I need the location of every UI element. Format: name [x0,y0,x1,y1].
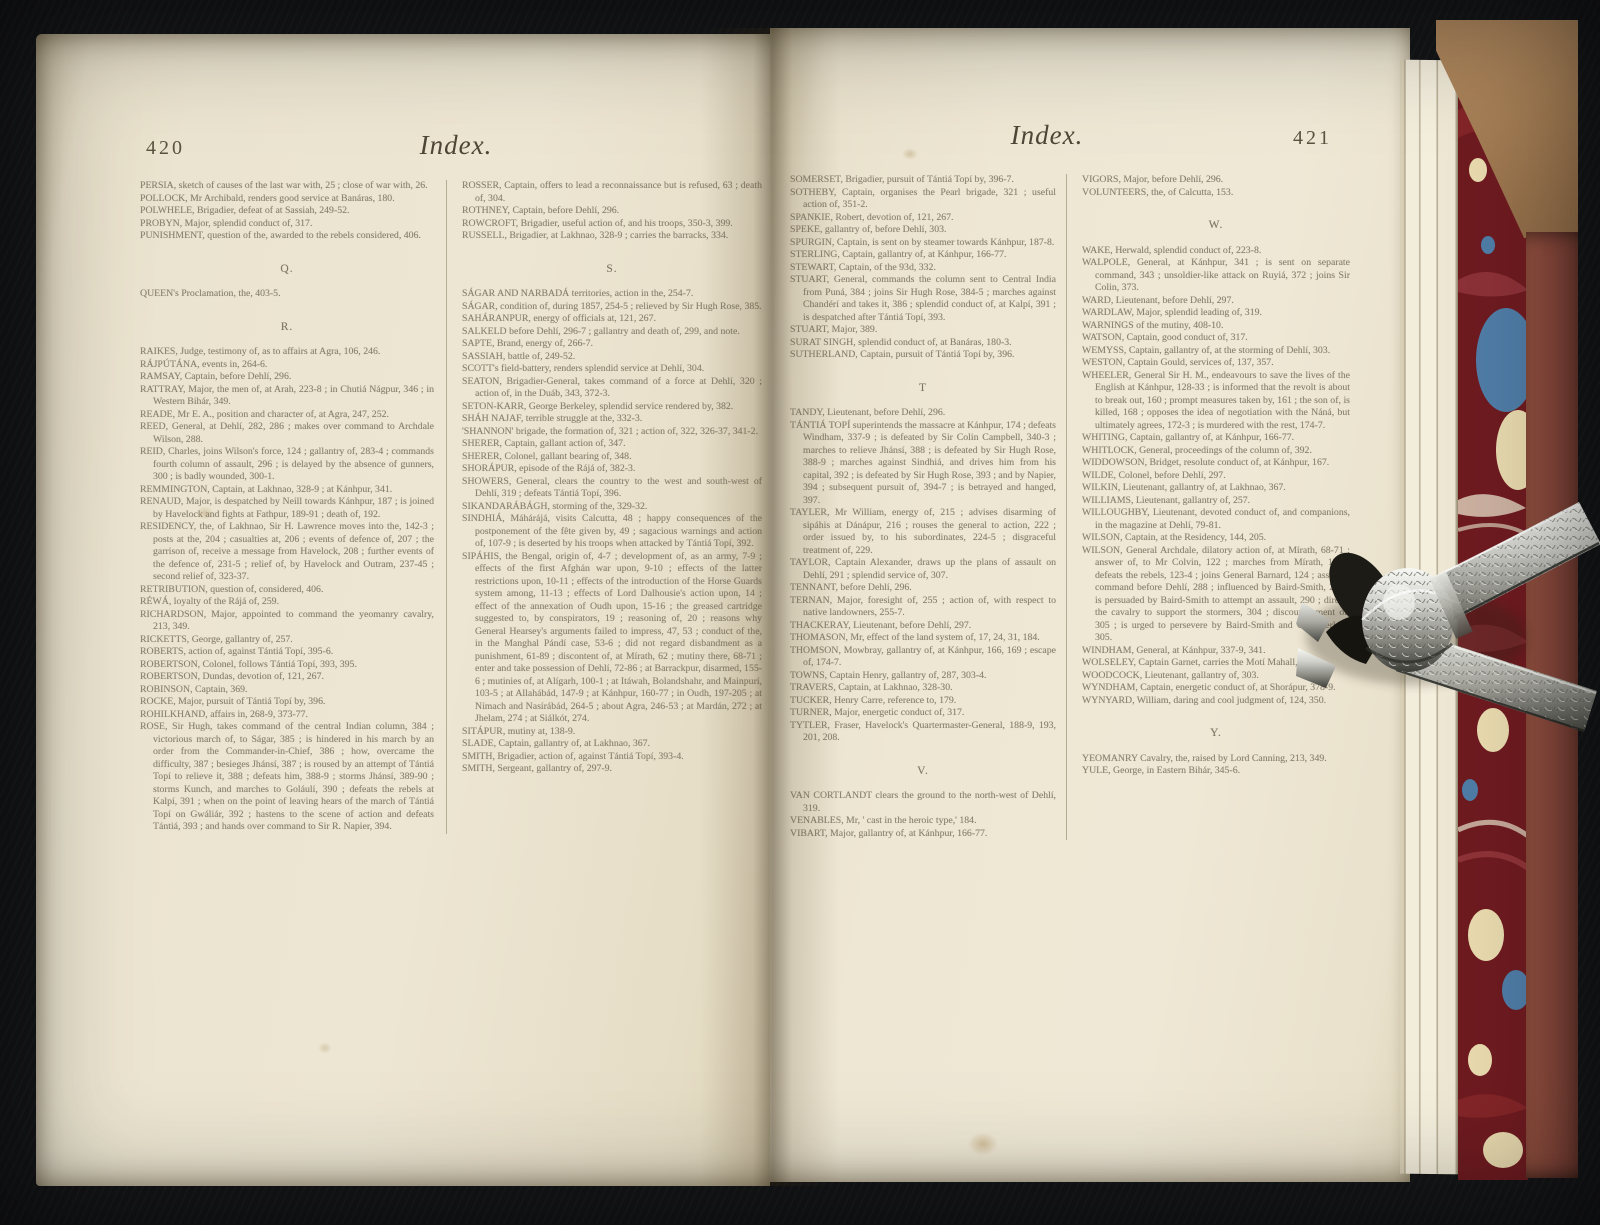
section-heading: S. [462,263,762,276]
index-entry: REED, General, at Dehlí, 282, 286 ; make… [140,421,434,446]
index-entry: SCOTT's field-battery, renders splendid … [462,363,762,376]
index-entry: REMMINGTON, Captain, at Lakhnao, 328-9 ;… [140,484,434,497]
index-entry: SHÁH NAJAF, terrible struggle at the, 33… [462,413,762,426]
index-entry: WARNINGS of the mutiny, 408-10. [1082,320,1350,333]
index-entry: RETRIBUTION, question of, considered, 40… [140,584,434,597]
index-entry: SIKANDARÁBÁGH, storming of the, 329-32. [462,501,762,514]
index-entry: RATTRAY, Major, the men of, at Arah, 223… [140,384,434,409]
index-entry: ROSE, Sir Hugh, takes command of the cen… [140,721,434,834]
index-entry: TURNER, Major, energetic conduct of, 317… [790,707,1056,720]
index-entry: PROBYN, Major, splendid conduct of, 317. [140,218,434,231]
index-entry: SOMERSET, Brigadier, pursuit of Tántiá T… [790,174,1056,187]
index-entry: TÁNTIÁ TOPÍ superintends the massacre at… [790,420,1056,508]
index-entry: WALPOLE, General, at Kánhpur, 341 ; is s… [1082,257,1350,295]
index-entry: STUART, General, commands the column sen… [790,274,1056,324]
index-entry: RESIDENCY, the, of Lakhnao, Sir H. Lawre… [140,521,434,584]
section-heading: V. [790,765,1056,778]
index-entry: SAHÁRANPUR, energy of officials at, 121,… [462,313,762,326]
book-clasp [1296,452,1600,752]
index-entry: SEATON, Brigadier-General, takes command… [462,376,762,401]
index-entry: POLWHELE, Brigadier, defeat of at Sassia… [140,205,434,218]
index-entry: VENABLES, Mr, ' cast in the heroic type,… [790,815,1056,828]
index-entry: TAYLER, Mr William, energy of, 215 ; adv… [790,507,1056,557]
index-entry: SETON-KARR, George Berkeley, splendid se… [462,401,762,414]
index-entry: SINDHIÁ, Máhárájá, visits Calcutta, 48 ;… [462,513,762,551]
index-entry: WAKE, Herwald, splendid conduct of, 223-… [1082,245,1350,258]
section-heading: R. [140,321,434,334]
index-entry: REID, Charles, joins Wilson's force, 124… [140,446,434,484]
index-entry: TERNAN, Major, foresight of, 255 ; actio… [790,595,1056,620]
index-entry: WHITING, Captain, gallantry of, at Kánhp… [1082,432,1350,445]
index-entry: SÁGAR AND NARBADÁ territories, action in… [462,288,762,301]
index-entry: POLLOCK, Mr Archibald, renders good serv… [140,193,434,206]
left-page-columns: PERSIA, sketch of causes of the last war… [140,180,762,834]
index-entry: RAMSAY, Captain, before Dehlí, 296. [140,371,434,384]
index-entry: VIGORS, Major, before Dehlí, 296. [1082,174,1350,187]
index-entry: SALKELD before Dehlí, 296-7 ; gallantry … [462,326,762,339]
index-entry: SHERER, Colonel, gallant bearing of, 348… [462,451,762,464]
index-entry: RUSSELL, Brigadier, at Lakhnao, 328-9 ; … [462,230,762,243]
index-entry: SÁGAR, condition of, during 1857, 254-5 … [462,301,762,314]
index-entry: SHORÁPUR, episode of the Rájá of, 382-3. [462,463,762,476]
running-head-left: Index. [232,130,750,161]
index-entry: ROBERTSON, Colonel, follows Tántiá Topí,… [140,659,434,672]
index-entry: RENAUD, Major, is despatched by Neill to… [140,496,434,521]
page-number-420: 420 [146,137,232,160]
right-page-header: Index. 421 [830,120,1332,151]
index-entry: TANDY, Lieutenant, before Dehlí, 296. [790,407,1056,420]
index-entry: WHEELER, General Sir H. M., endeavours t… [1082,370,1350,433]
index-entry: ROTHNEY, Captain, before Dehlí, 296. [462,205,762,218]
index-entry: TUCKER, Henry Carre, reference to, 179. [790,695,1056,708]
left-page-header: 420 Index. [146,130,750,161]
index-entry: STEWART, Captain, of the 93d, 332. [790,262,1056,275]
index-entry: TYTLER, Fraser, Havelock's Quartermaster… [790,720,1056,745]
index-entry: TENNANT, before Dehlí, 296. [790,582,1056,595]
index-entry: ROHILKHAND, affairs in, 268-9, 373-77. [140,709,434,722]
index-entry: SITÁPUR, mutiny at, 138-9. [462,726,762,739]
index-entry: PERSIA, sketch of causes of the last war… [140,180,434,193]
index-column-1: PERSIA, sketch of causes of the last war… [140,180,434,834]
index-entry: YEOMANRY Cavalry, the, raised by Lord Ca… [1082,753,1350,766]
index-entry: VIBART, Major, gallantry of, at Kánhpur,… [790,828,1056,841]
index-column-3: SOMERSET, Brigadier, pursuit of Tántiá T… [790,174,1056,840]
index-entry: RICHARDSON, Major, appointed to command … [140,609,434,634]
index-entry: VOLUNTEERS, the, of Calcutta, 153. [1082,187,1350,200]
index-entry: SIPÁHIS, the Bengal, origin of, 4-7 ; de… [462,551,762,726]
index-entry: WATSON, Captain, good conduct of, 317. [1082,332,1350,345]
index-entry: WARDLAW, Major, splendid leading of, 319… [1082,307,1350,320]
index-entry: SPEKE, gallantry of, before Dehlí, 303. [790,224,1056,237]
section-heading: T [790,382,1056,395]
index-entry: THACKERAY, Lieutenant, before Dehlí, 297… [790,620,1056,633]
index-entry: ROSSER, Captain, offers to lead a reconn… [462,180,762,205]
running-head-right: Index. [830,120,1260,151]
index-entry: SURAT SINGH, splendid conduct of, at Ban… [790,337,1056,350]
photo-background: 420 Index. PERSIA, sketch of causes of t… [0,0,1600,1225]
index-entry: YULE, George, in Eastern Bihár, 345-6. [1082,765,1350,778]
index-entry: TOWNS, Captain Henry, gallantry of, 287,… [790,670,1056,683]
index-entry: SLADE, Captain, gallantry of, at Lakhnao… [462,738,762,751]
index-entry: VAN CORTLANDT clears the ground to the n… [790,790,1056,815]
index-entry: ROBINSON, Captain, 369. [140,684,434,697]
index-entry: RICKETTS, George, gallantry of, 257. [140,634,434,647]
index-entry: SAPTE, Brand, energy of, 266-7. [462,338,762,351]
section-heading: Q. [140,263,434,276]
index-entry: 'SHANNON' brigade, the formation of, 321… [462,426,762,439]
index-entry: SMITH, Brigadier, action of, against Tán… [462,751,762,764]
index-column-2: ROSSER, Captain, offers to lead a reconn… [446,180,762,834]
index-entry: WEMYSS, Captain, gallantry of, at the st… [1082,345,1350,358]
index-entry: SASSIAH, battle of, 249-52. [462,351,762,364]
left-page: 420 Index. PERSIA, sketch of causes of t… [36,34,770,1186]
index-entry: ROWCROFT, Brigadier, useful action of, a… [462,218,762,231]
index-entry: WARD, Lieutenant, before Dehlí, 297. [1082,295,1350,308]
section-heading: W. [1082,219,1350,232]
index-entry: SMITH, Sergeant, gallantry of, 297-9. [462,763,762,776]
right-page-columns: SOMERSET, Brigadier, pursuit of Tántiá T… [790,174,1350,840]
index-entry: RAIKES, Judge, testimony of, as to affai… [140,346,434,359]
index-entry: THOMASON, Mr, effect of the land system … [790,632,1056,645]
index-entry: SHERER, Captain, gallant action of, 347. [462,438,762,451]
index-entry: ROCKE, Major, pursuit of Tántiá Topí by,… [140,696,434,709]
page-number-421: 421 [1260,127,1332,150]
index-entry: QUEEN's Proclamation, the, 403-5. [140,288,434,301]
index-entry: SUTHERLAND, Captain, pursuit of Tántiá T… [790,349,1056,362]
index-entry: THOMSON, Mowbray, gallantry of, at Kánhp… [790,645,1056,670]
index-entry: STUART, Major, 389. [790,324,1056,337]
index-entry: RÉWÁ, loyalty of the Rájá of, 259. [140,596,434,609]
index-entry: ROBERTSON, Dundas, devotion of, 121, 267… [140,671,434,684]
index-entry: SHOWERS, General, clears the country to … [462,476,762,501]
index-entry: ROBERTS, action of, against Tántiá Topí,… [140,646,434,659]
index-entry: RÁJPÚTÁNA, events in, 264-6. [140,359,434,372]
index-entry: READE, Mr E. A., position and character … [140,409,434,422]
index-entry: WESTON, Captain Gould, services of, 137,… [1082,357,1350,370]
index-entry: TAYLOR, Captain Alexander, draws up the … [790,557,1056,582]
index-entry: SPANKIE, Robert, devotion of, 121, 267. [790,212,1056,225]
index-entry: STERLING, Captain, gallantry of, at Kánh… [790,249,1056,262]
index-entry: SOTHEBY, Captain, organises the Pearl br… [790,187,1056,212]
index-entry: TRAVERS, Captain, at Lakhnao, 328-30. [790,682,1056,695]
index-entry: SPURGIN, Captain, is sent on by steamer … [790,237,1056,250]
index-entry: PUNISHMENT, question of the, awarded to … [140,230,434,243]
